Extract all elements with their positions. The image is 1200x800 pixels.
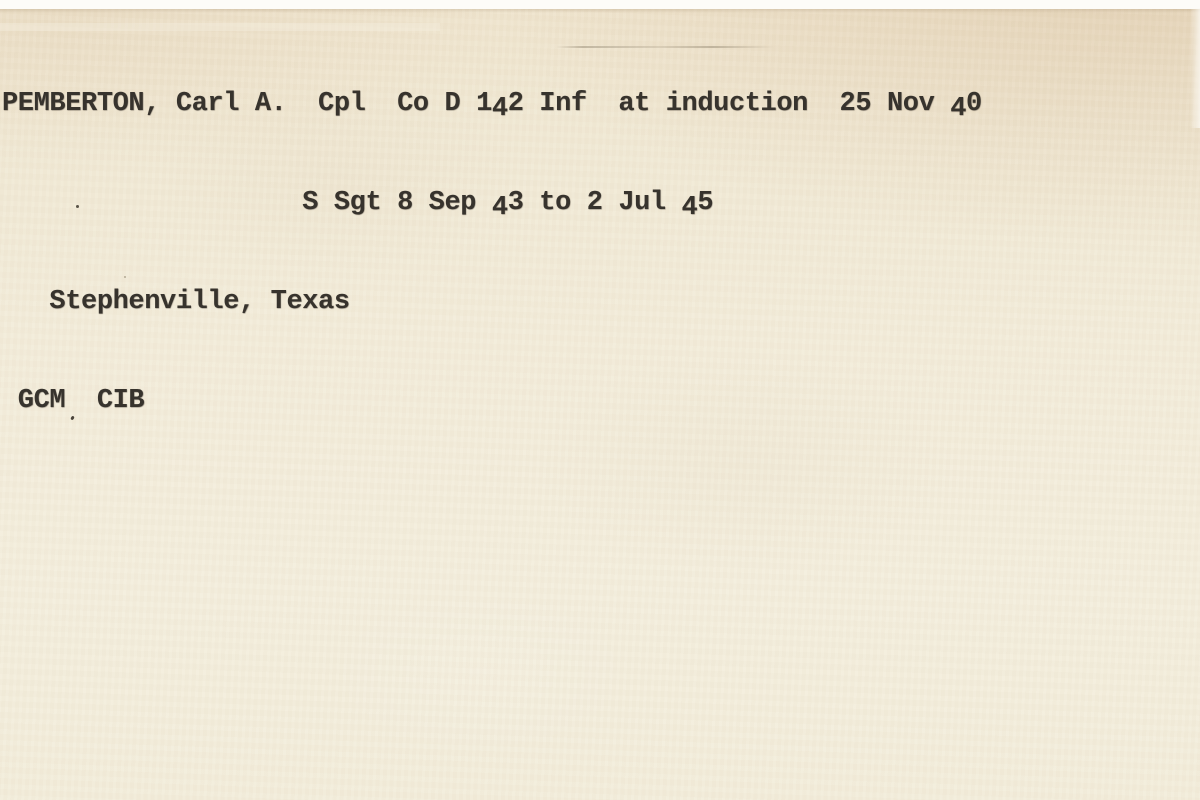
card-line-decorations: GCM CIB: [2, 385, 982, 418]
card-top-edge-shadow: [0, 9, 1200, 13]
card-line-promotion-dates: S Sgt 8 Sep 43 to 2 Jul 45: [2, 187, 982, 220]
card-right-edge-highlight: [1190, 8, 1200, 128]
scanned-index-card: PEMBERTON, Carl A. Cpl Co D 142 Inf at i…: [0, 0, 1200, 800]
paper-speck: [124, 276, 126, 278]
scanner-edge-strip: [0, 0, 1200, 9]
paper-speck: [76, 205, 79, 208]
card-line-hometown: Stephenville, Texas: [2, 286, 982, 319]
typed-text-block: PEMBERTON, Carl A. Cpl Co D 142 Inf at i…: [2, 22, 982, 484]
scan-artifact-line: [556, 46, 774, 48]
card-line-name-rank-unit-date: PEMBERTON, Carl A. Cpl Co D 142 Inf at i…: [2, 88, 982, 121]
